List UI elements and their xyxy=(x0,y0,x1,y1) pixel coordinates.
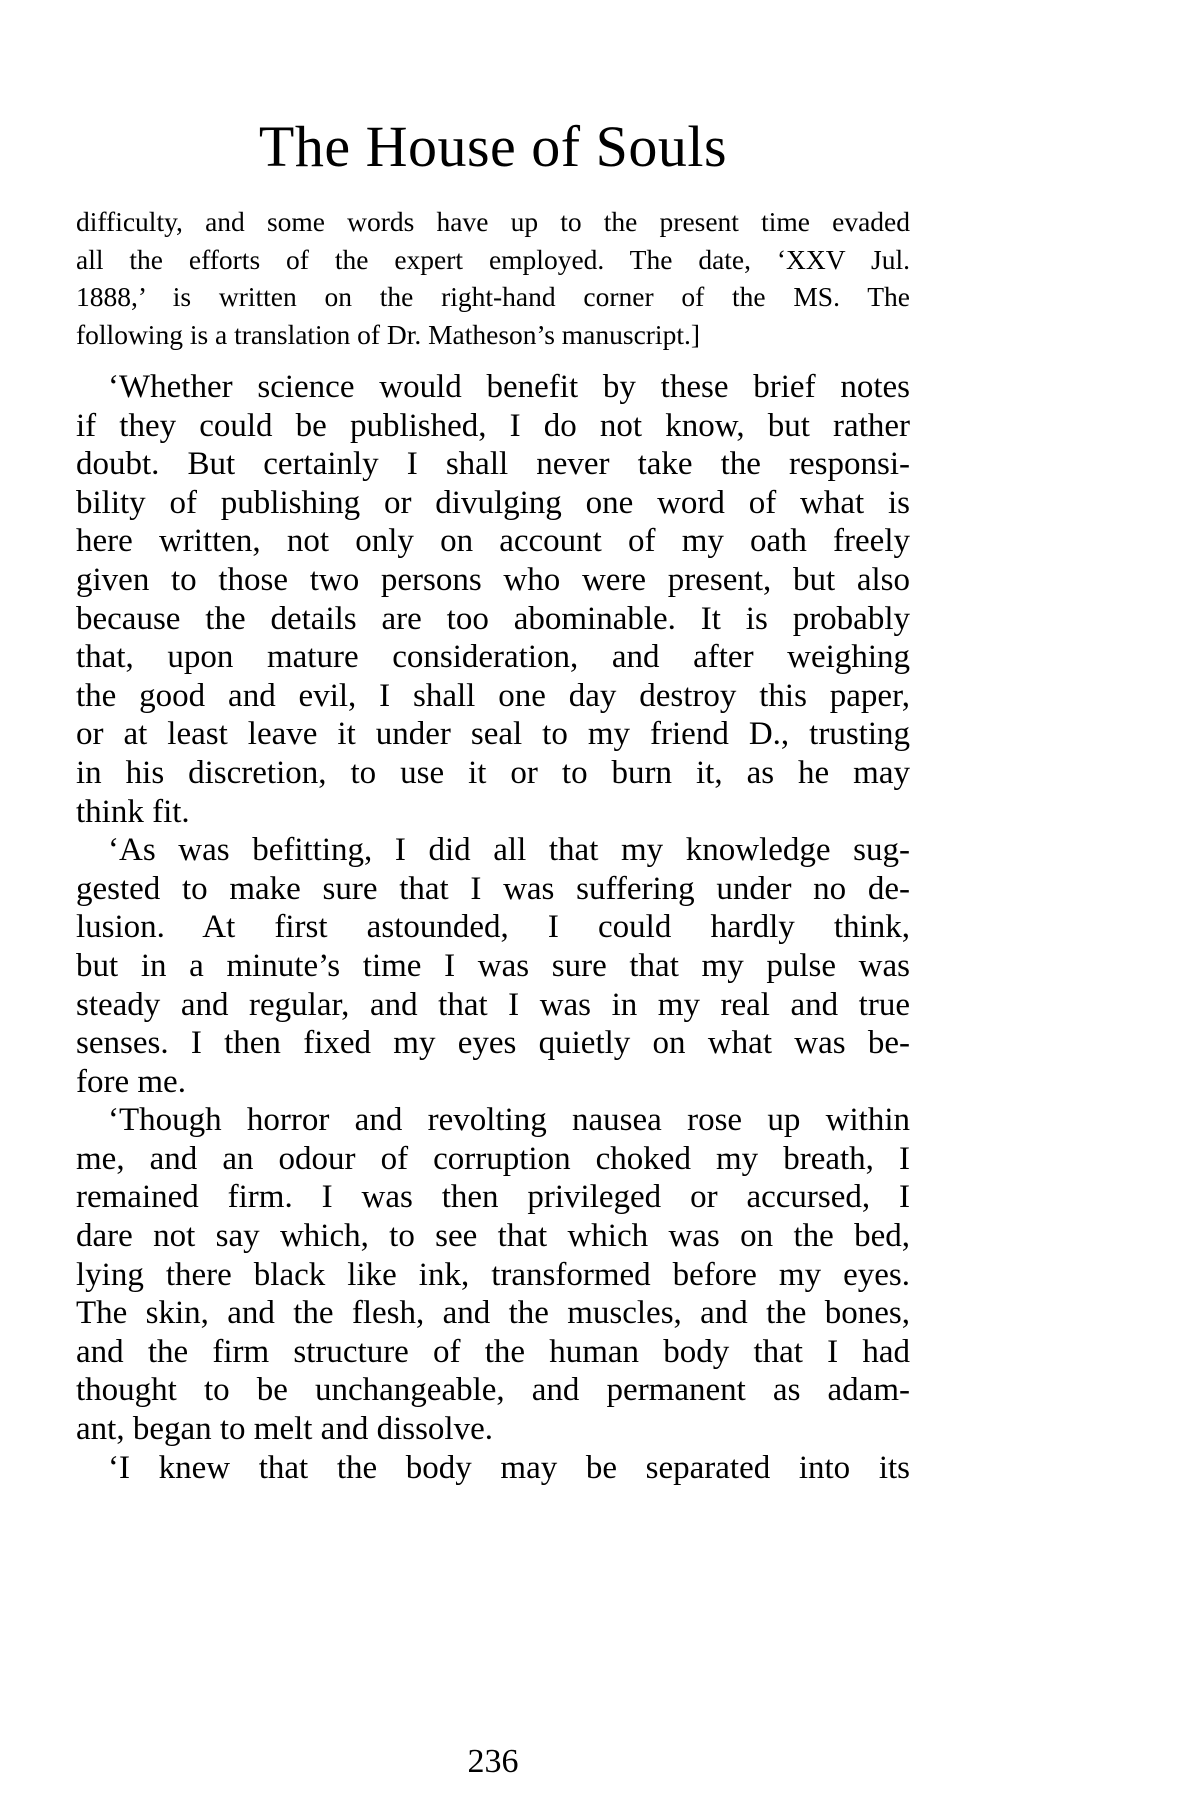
text-line: here written, not only on account of my … xyxy=(76,522,910,561)
text-line: that, upon mature consideration, and aft… xyxy=(76,638,910,677)
paragraph-2: ‘As was befitting, I did all that my kno… xyxy=(76,831,910,1101)
text-line: if they could be published, I do not kno… xyxy=(76,407,910,446)
text-line: gested to make sure that I was suffering… xyxy=(76,870,910,909)
text-line: because the details are too abominable. … xyxy=(76,600,910,639)
text-line: steady and regular, and that I was in my… xyxy=(76,986,910,1025)
text-line: lying there black like ink, transformed … xyxy=(76,1256,910,1295)
text-line: senses. I then fixed my eyes quietly on … xyxy=(76,1024,910,1063)
text-line: think fit. xyxy=(76,793,910,832)
text-line: remained firm. I was then privileged or … xyxy=(76,1178,910,1217)
text-line: bility of publishing or divulging one wo… xyxy=(76,484,910,523)
paragraph-1: ‘Whether science would benefit by these … xyxy=(76,368,910,831)
text-line: lusion. At first astounded, I could hard… xyxy=(76,908,910,947)
text-line: ‘I knew that the body may be separated i… xyxy=(76,1449,910,1488)
note-line: difficulty, and some words have up to th… xyxy=(76,203,910,241)
text-line: in his discretion, to use it or to burn … xyxy=(76,754,910,793)
text-line: ant, began to melt and dissolve. xyxy=(76,1410,910,1449)
text-line: given to those two persons who were pres… xyxy=(76,561,910,600)
note-line: all the efforts of the expert employed. … xyxy=(76,241,910,279)
text-line: ‘Whether science would benefit by these … xyxy=(76,368,910,407)
note-line: 1888,’ is written on the right-hand corn… xyxy=(76,278,910,316)
paragraph-4: ‘I knew that the body may be separated i… xyxy=(76,1449,910,1488)
text-line: the good and evil, I shall one day destr… xyxy=(76,677,910,716)
running-head: The House of Souls xyxy=(76,118,910,176)
editorial-note: difficulty, and some words have up to th… xyxy=(76,203,910,353)
text-line: or at least leave it under seal to my fr… xyxy=(76,715,910,754)
text-line: fore me. xyxy=(76,1063,910,1102)
text-line: me, and an odour of corruption choked my… xyxy=(76,1140,910,1179)
text-line: The skin, and the flesh, and the muscles… xyxy=(76,1294,910,1333)
text-line: ‘As was befitting, I did all that my kno… xyxy=(76,831,910,870)
text-line: dare not say which, to see that which wa… xyxy=(76,1217,910,1256)
page-number: 236 xyxy=(76,1745,910,1779)
paragraph-3: ‘Though horror and revolting nausea rose… xyxy=(76,1101,910,1448)
text-line: and the firm structure of the human body… xyxy=(76,1333,910,1372)
text-line: thought to be unchangeable, and permanen… xyxy=(76,1371,910,1410)
text-line: doubt. But certainly I shall never take … xyxy=(76,445,910,484)
note-line: following is a translation of Dr. Mathes… xyxy=(76,316,910,354)
text-line: ‘Though horror and revolting nausea rose… xyxy=(76,1101,910,1140)
text-line: but in a minute’s time I was sure that m… xyxy=(76,947,910,986)
body-text: ‘Whether science would benefit by these … xyxy=(76,368,910,1487)
